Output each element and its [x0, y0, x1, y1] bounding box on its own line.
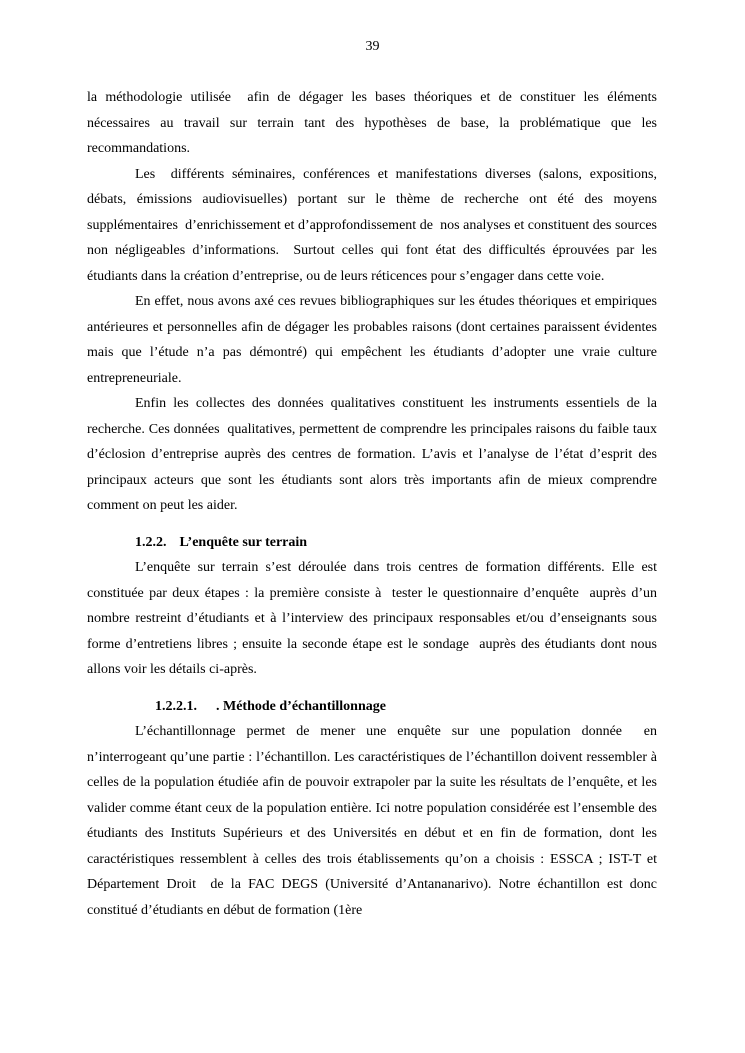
paragraph-seminaires: Les différents séminaires, conférences e… [87, 162, 657, 290]
paragraph-collectes-donnees: Enfin les collectes des données qualitat… [87, 391, 657, 519]
heading-title: . Méthode d’échantillonnage [216, 699, 386, 714]
heading-title: L’enquête sur terrain [180, 535, 308, 550]
paragraph-enquete-deroulement: L’enquête sur terrain s’est déroulée dan… [87, 555, 657, 683]
document-page: 39 la méthodologie utilisée afin de déga… [0, 0, 745, 1053]
heading-number: 1.2.2. [135, 535, 167, 550]
heading-number: 1.2.2.1. [155, 699, 197, 714]
page-number: 39 [0, 39, 745, 55]
paragraph-revues-bibliographiques: En effet, nous avons axé ces revues bibl… [87, 289, 657, 391]
paragraph-echantillonnage: L’échantillonnage permet de mener une en… [87, 719, 657, 923]
heading-methode-echantillonnage: 1.2.2.1.. Méthode d’échantillonnage [87, 694, 657, 720]
heading-enquete-sur-terrain: 1.2.2.L’enquête sur terrain [87, 530, 657, 556]
page-content: la méthodologie utilisée afin de dégager… [87, 85, 657, 923]
paragraph-methodologie: la méthodologie utilisée afin de dégager… [87, 85, 657, 162]
